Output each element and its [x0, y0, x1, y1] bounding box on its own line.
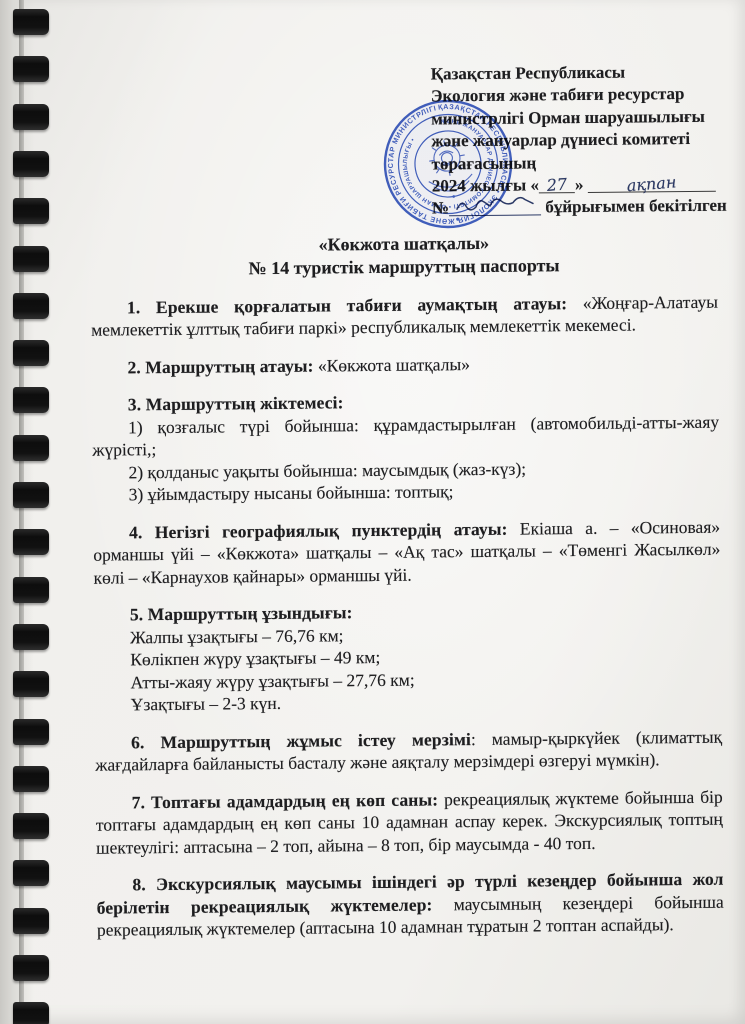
section-2-route-name: 2. Маршруттың атауы: «Көкжота шатқалы» — [91, 350, 718, 379]
section-lead: 7. Топтағы адамдардың ең көп саны: — [132, 789, 439, 812]
section-lead: 5. Маршруттың ұзындығы: — [130, 602, 353, 624]
date-quote-close: » — [575, 175, 584, 194]
length-item: Ұзақтығы – 2-3 күн. — [95, 688, 722, 717]
section-7-max-group-size: 7. Топтағы адамдардың ең көп саны: рекре… — [96, 785, 724, 859]
classification-item: 3) ұйымдастыру нысаны бойынша: топтық; — [93, 478, 720, 507]
binding-tooth — [13, 955, 49, 981]
section-lead: 4. Негізгі географиялық пунктердің атауы… — [129, 518, 508, 542]
section-5-route-length: 5. Маршруттың ұзындығы: Жалпы ұзақтығы –… — [94, 598, 722, 717]
date-month-blank: ақпан — [588, 177, 716, 193]
binding-tooth — [13, 1002, 49, 1024]
scanned-document-page: Қазақстан Республикасы Экология және таб… — [0, 0, 745, 1024]
ministry-seal-stamp: ҚАЗАҚСТАН РЕСПУБЛИКАСЫ • ЭКОЛОГИЯ ЖӘНЕ Т… — [367, 83, 529, 245]
section-lead: 2. Маршруттың атауы: — [127, 355, 313, 377]
section-8-recreational-loads: 8. Экскурсиялық маусымы ішіндегі әр түрл… — [96, 868, 724, 942]
section-lead: 3. Маршруттың жіктемесі: — [128, 393, 344, 415]
classification-item: 1) қозғалыс түрі бойынша: құрамдастырылғ… — [92, 410, 719, 461]
section-lead: 1. Ерекше қорғалатын табиғи аумақтың ата… — [127, 293, 567, 317]
approval-line: Қазақстан Республикасы — [431, 61, 716, 86]
handwritten-day: 27 — [546, 177, 567, 193]
title-line-2: № 14 туристік маршруттың паспорты — [90, 252, 717, 281]
order-suffix: бұйрығымен бекітілген — [545, 196, 727, 217]
date-day-blank: 27 — [539, 178, 575, 193]
section-1-protected-area-name: 1. Ерекше қорғалатын табиғи аумақтың ата… — [91, 290, 718, 341]
section-6-operation-period: 6. Маршруттың жұмыс істеу мерзімі: мамыр… — [95, 725, 722, 776]
section-3-route-classification: 3. Маршруттың жіктемесі: 1) қозғалыс түр… — [92, 388, 720, 507]
section-text: «Көкжота шатқалы» — [313, 354, 470, 375]
handwritten-month: ақпан — [626, 175, 677, 193]
section-4-geographic-points: 4. Негізгі географиялық пунктердің атауы… — [93, 515, 721, 589]
section-lead: 6. Маршруттың жұмыс істеу мерзімі — [131, 729, 471, 752]
